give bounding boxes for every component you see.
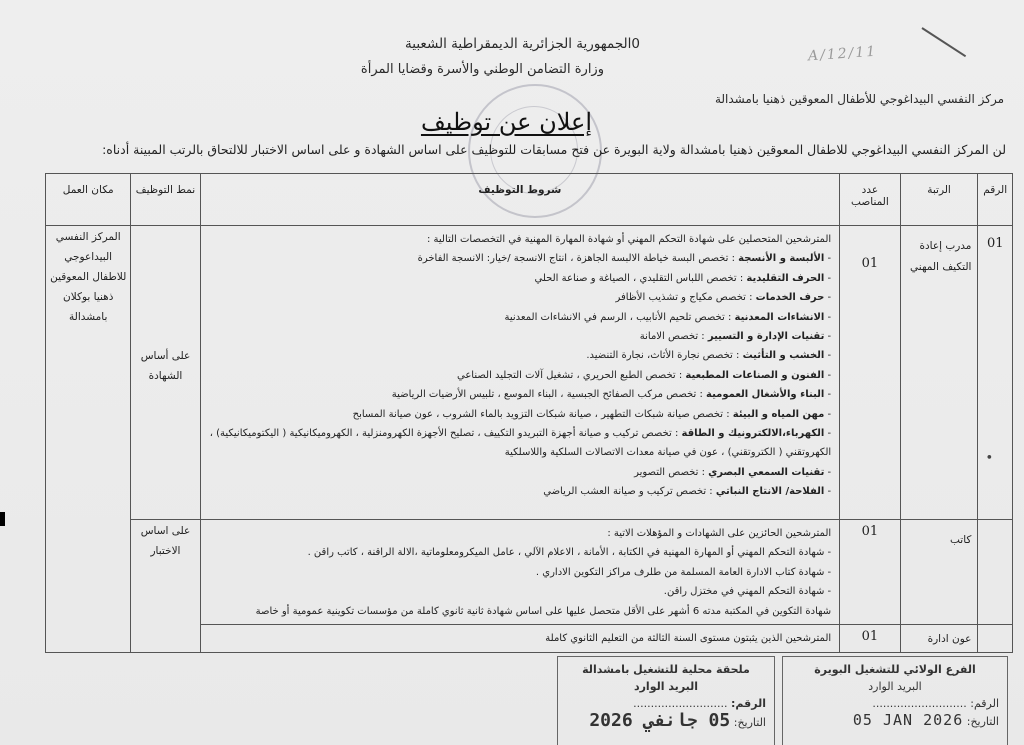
table-row: 01 • مدرب إعادة التكيف المهني 01 المترشح…: [46, 226, 1013, 520]
condition-detail: تخصص الامانة: [640, 331, 698, 342]
stamp-date-value: 05 جانفي 2026: [589, 710, 730, 731]
conditions-intro: المترشحين الحائزين على الشهادات و المؤهل…: [205, 524, 832, 543]
row-conditions: المترشحين الذين يثبتون مستوى السنة الثال…: [200, 625, 840, 653]
workplace-cell: المركز النفسي البيداعوجي للاطفال المعوقي…: [46, 226, 131, 653]
condition-detail: تخصص التصوير: [634, 467, 698, 478]
condition-field: الفنون و الصناعات المطبعية: [685, 370, 824, 381]
page-title: إعلان عن توظيف: [421, 108, 592, 136]
recruitment-table: الرقم الرتبة عدد المناصب شروط التوظيف نم…: [45, 173, 1013, 653]
table-header-row: الرقم الرتبة عدد المناصب شروط التوظيف نم…: [46, 174, 1013, 226]
condition-item: - الحرف التقليدية : تخصص اللباس التقليدي…: [205, 269, 832, 288]
intro-paragraph: لن المركز النفسي البيداغوجي للاطفال المع…: [6, 142, 1006, 157]
condition-item: - الفلاحة/ الانتاج النباتي : تخصص تركيب …: [205, 482, 832, 501]
condition-detail: تخصص البسة خياطة الالبسة الجاهزة ، انتاج…: [418, 253, 729, 264]
condition-item: - الفنون و الصناعات المطبعية : تخصص الطب…: [205, 366, 832, 385]
condition-line: - شهادة التحكم المهني في مختزل راقن.: [205, 582, 832, 601]
republic-header: 0الجمهورية الجزائرية الديمقراطية الشعبية: [405, 36, 640, 52]
scan-mark: [0, 512, 5, 526]
agency-received-stamp: الفرع الولائي للتشغيل البويرة البريد الو…: [782, 656, 1008, 745]
condition-item: - الانشاءات المعدنية : تخصص تلحيم الأناب…: [205, 308, 832, 327]
condition-item: - مهن المياه و البيئة : تخصص صيانة شبكات…: [205, 405, 832, 424]
row-mode: على أساس الشهادة: [131, 226, 200, 520]
row-number: 01 •: [978, 226, 1013, 520]
condition-item: - حرف الخدمات : تخصص مكياج و تشذيب الأظا…: [205, 288, 832, 307]
condition-field: تقنيات الإدارة و التسيير: [708, 331, 825, 342]
condition-field: الخشب و التأثيث: [743, 350, 825, 361]
header-mode: نمط التوظيف: [131, 174, 200, 226]
row-rank: عون ادارة: [900, 625, 978, 653]
condition-field: البناء والأشغال العمومية: [706, 389, 824, 400]
condition-line: شهادة التكوين في المكتبة مدته 6 أشهر على…: [205, 602, 832, 621]
pen-mark: [921, 27, 966, 57]
center-header: مركز النفسي البيداغوجي للأطفال المعوقين …: [715, 92, 1004, 106]
condition-detail: تخصص اللباس التقليدي ، الصياغة و صناعة ا…: [535, 273, 737, 284]
condition-line: - شهادة كتاب الادارة العامة المسلمة من ط…: [205, 563, 832, 582]
condition-field: مهن المياه و البيئة: [733, 409, 825, 420]
row-number-value: 01: [987, 236, 1004, 251]
condition-detail: تخصص تلحيم الأنابيب ، الرسم في الانشاءات…: [505, 312, 725, 323]
condition-field: الفلاحة/ الانتاج النباتي: [716, 486, 825, 497]
condition-field: الألبسة و الأنسجة: [738, 253, 824, 264]
stray-dot: •: [979, 451, 1011, 466]
stamp-date-value: 05 JAN 2026: [853, 712, 963, 729]
stamp-title: ملحقة محلية للتشغيل بامشدالة: [566, 661, 766, 678]
row-conditions: المترشحين الحائزين على الشهادات و المؤهل…: [200, 520, 840, 625]
header-workplace: مكان العمل: [46, 174, 131, 226]
stamp-ref-label: الرقم:: [970, 697, 999, 710]
stamp-ref-line: الرقم: ...........................: [791, 695, 999, 712]
stamp-date-line: التاريخ: 05 JAN 2026: [791, 712, 999, 730]
condition-item: - الخشب و التأثيث : تخصص نجارة الأثاث، ن…: [205, 346, 832, 365]
header-conditions: شروط التوظيف: [200, 174, 840, 226]
row-number: [978, 520, 1013, 625]
condition-detail: تخصص نجارة الأثاث، نجارة التنضيد.: [586, 350, 733, 361]
header-rank: الرتبة: [900, 174, 978, 226]
row-rank: كاتب: [900, 520, 978, 625]
condition-field: تقنيات السمعي البصري: [708, 467, 824, 478]
row-positions: 01: [840, 226, 901, 520]
ministry-header: وزارة التضامن الوطني والأسرة وقضايا المر…: [361, 62, 604, 77]
stamp-date-label: التاريخ:: [734, 716, 766, 729]
positions-value: 01: [862, 256, 879, 271]
condition-field: الكهرباء،الالكترونيك و الطاقة: [682, 428, 825, 439]
stamp-title: الفرع الولائي للتشغيل البويرة: [791, 661, 999, 678]
condition-detail: تخصص الطبع الحريري ، تشغيل آلات التجليد …: [457, 370, 676, 381]
row-mode: على اساس الاختبار: [131, 520, 200, 653]
condition-item: - الألبسة و الأنسجة : تخصص البسة خياطة ا…: [205, 249, 832, 268]
condition-item: - الكهرباء،الالكترونيك و الطاقة : تخصص ت…: [205, 424, 832, 463]
condition-detail: تخصص مكياج و تشذيب الأظافر: [615, 292, 745, 303]
condition-line: - شهادة التحكم المهني أو المهارة المهنية…: [205, 543, 832, 562]
condition-detail: تخصص تركيب و صيانة العشب الرياضي: [543, 486, 706, 497]
stamp-ref-label: الرقم:: [731, 697, 766, 710]
condition-item: - تقنيات السمعي البصري : تخصص التصوير: [205, 463, 832, 482]
condition-field: الانشاءات المعدنية: [735, 312, 825, 323]
condition-field: حرف الخدمات: [756, 292, 825, 303]
row-positions: 01: [840, 625, 901, 653]
condition-detail: تخصص صيانة شبكات التطهير ، صيانة شبكات ا…: [353, 409, 723, 420]
stamp-date-label: التاريخ:: [967, 715, 999, 728]
condition-field: الحرف التقليدية: [746, 273, 824, 284]
handwritten-reference: A/12/11: [808, 44, 878, 65]
stamp-date-line: التاريخ: 05 جانفي 2026: [566, 712, 766, 731]
row-number: [978, 625, 1013, 653]
condition-item: - تقنيات الإدارة و التسيير : تخصص الامان…: [205, 327, 832, 346]
header-positions: عدد المناصب: [840, 174, 901, 226]
stamp-subtitle: البريد الوارد: [566, 678, 766, 695]
conditions-intro: المترشحين المتحصلين على شهادة التحكم الم…: [205, 230, 832, 249]
condition-detail: تخصص مركب الصفائح الجبسية ، البناء الموس…: [392, 389, 697, 400]
document-page: A/12/11 0الجمهورية الجزائرية الديمقراطية…: [0, 0, 1024, 745]
header-number: الرقم: [978, 174, 1013, 226]
table-row: كاتب 01 المترشحين الحائزين على الشهادات …: [46, 520, 1013, 625]
row-rank: مدرب إعادة التكيف المهني: [900, 226, 978, 520]
stamp-subtitle: البريد الوارد: [791, 678, 999, 695]
row-conditions: المترشحين المتحصلين على شهادة التحكم الم…: [200, 226, 840, 520]
local-received-stamp: ملحقة محلية للتشغيل بامشدالة البريد الوا…: [557, 656, 775, 745]
row-positions: 01: [840, 520, 901, 625]
condition-item: - البناء والأشغال العمومية : تخصص مركب ا…: [205, 385, 832, 404]
